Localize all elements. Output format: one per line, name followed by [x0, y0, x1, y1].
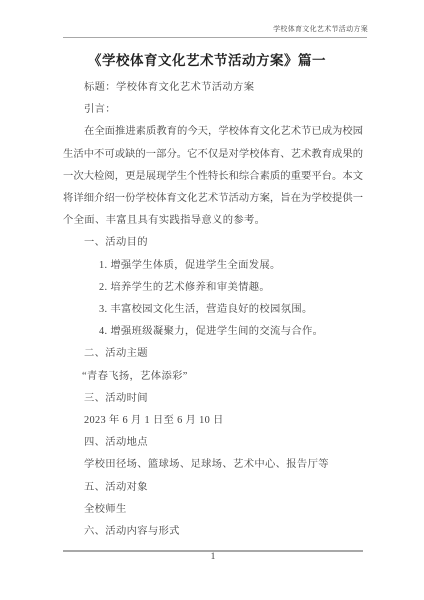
body-line: 将详细介绍一份学校体育文化艺术节活动方案，旨在为学校提供一: [63, 188, 363, 210]
body-line: 五、活动对象: [63, 477, 363, 499]
body-line: 2. 培养学生的艺术修养和审美情趣。: [63, 277, 363, 299]
body-line: 一次大检阅，更是展现学生个性特长和综合素质的重要平台。本文: [63, 166, 363, 188]
body-line: 引言：: [63, 99, 363, 121]
body-line: 三、活动时间: [63, 388, 363, 410]
running-header: 学校体育文化艺术节活动方案: [63, 24, 368, 34]
body-line: 生活中不可或缺的一部分。它不仅是对学校体育、艺术教育成果的: [63, 144, 363, 166]
page-number: 1: [63, 552, 363, 562]
header-divider: [63, 37, 367, 38]
body-line: 在全面推进素质教育的今天，学校体育文化艺术节已成为校园: [63, 121, 363, 143]
body-line: 六、活动内容与形式: [63, 521, 363, 543]
body-line: 二、活动主题: [63, 343, 363, 365]
body-line: 1. 增强学生体质，促进学生全面发展。: [63, 255, 363, 277]
body-line: 4. 增强班级凝聚力，促进学生间的交流与合作。: [63, 321, 363, 343]
body-line: 2023 年 6 月 1 日至 6 月 10 日: [63, 410, 363, 432]
document-body: 标题：学校体育文化艺术节活动方案引言：在全面推进素质教育的今天，学校体育文化艺术…: [63, 77, 363, 543]
body-line: 学校田径场、篮球场、足球场、艺术中心、报告厅等: [63, 454, 363, 476]
body-line: 3. 丰富校园文化生活，营造良好的校园氛围。: [63, 299, 363, 321]
body-line: 标题：学校体育文化艺术节活动方案: [63, 77, 363, 99]
body-line: 个全面、丰富且具有实践指导意义的参考。: [63, 210, 363, 232]
document-title: 《学校体育文化艺术节活动方案》篇一: [88, 52, 326, 70]
document-page: 学校体育文化艺术节活动方案 《学校体育文化艺术节活动方案》篇一 标题：学校体育文…: [0, 0, 424, 600]
body-line: 四、活动地点: [63, 432, 363, 454]
body-line: 全校师生: [63, 499, 363, 521]
body-line: 一、活动目的: [63, 232, 363, 254]
body-line: “青春飞扬，艺体添彩”: [63, 366, 363, 388]
